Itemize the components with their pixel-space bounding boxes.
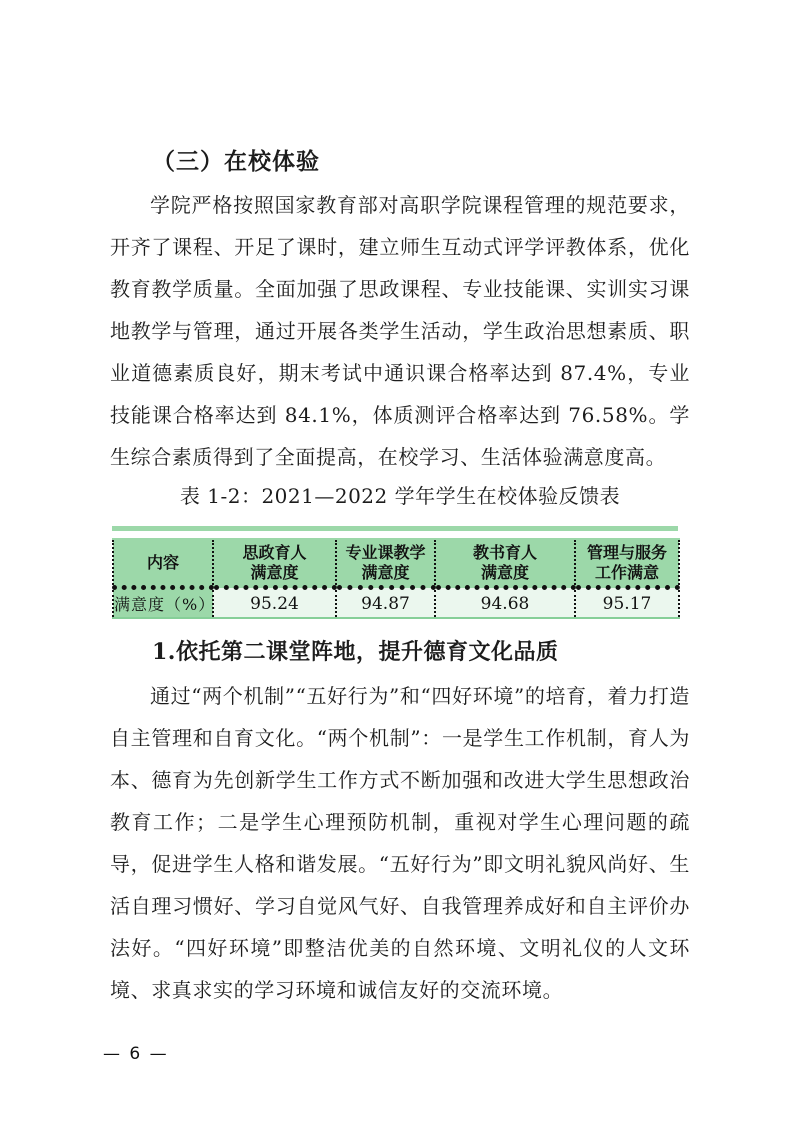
table-top-green-strip	[112, 526, 678, 531]
value-zhuanyeke: 94.87	[336, 588, 435, 619]
paragraph-campus-experience: 学院严格按照国家教育部对高职学院课程管理的规范要求，开齐了课程、开足了课时，建立…	[110, 184, 690, 478]
subsection-heading: 1.依托第二课堂阵地，提升德育文化品质	[152, 637, 690, 667]
table-data-row: 满意度（%） 95.24 94.87 94.68 95.17	[113, 588, 679, 619]
value-sizheng: 95.24	[213, 588, 336, 619]
table-header-zhuanyeke: 专业课教学 满意度	[336, 539, 435, 588]
page-number: — 6 —	[103, 1044, 169, 1064]
value-jiaoshu: 94.68	[435, 588, 575, 619]
table-caption: 表 1-2：2021—2022 学年学生在校体验反馈表	[110, 480, 690, 512]
table-header-guanli: 管理与服务 工作满意	[575, 539, 679, 588]
page-content: （三）在校体验 学院严格按照国家教育部对高职学院课程管理的规范要求，开齐了课程、…	[110, 0, 690, 1011]
section-heading: （三）在校体验	[152, 146, 690, 178]
document-page: （三）在校体验 学院严格按照国家教育部对高职学院课程管理的规范要求，开齐了课程、…	[0, 0, 800, 1131]
paragraph-second-classroom: 通过“两个机制”“五好行为”和“四好环境”的培育，着力打造自主管理和自育文化。“…	[110, 675, 690, 1011]
table-header-sizheng: 思政育人 满意度	[213, 539, 336, 588]
table-header-content: 内容	[113, 539, 213, 588]
table-header-row: 内容 思政育人 满意度 专业课教学 满意度 教书育人 满意度 管理与服务 工作满…	[113, 539, 679, 588]
value-guanli: 95.17	[575, 588, 679, 619]
feedback-table: 内容 思政育人 满意度 专业课教学 满意度 教书育人 满意度 管理与服务 工作满…	[112, 538, 680, 619]
table-header-jiaoshu: 教书育人 满意度	[435, 539, 575, 588]
row-label-satisfaction: 满意度（%）	[113, 588, 213, 619]
